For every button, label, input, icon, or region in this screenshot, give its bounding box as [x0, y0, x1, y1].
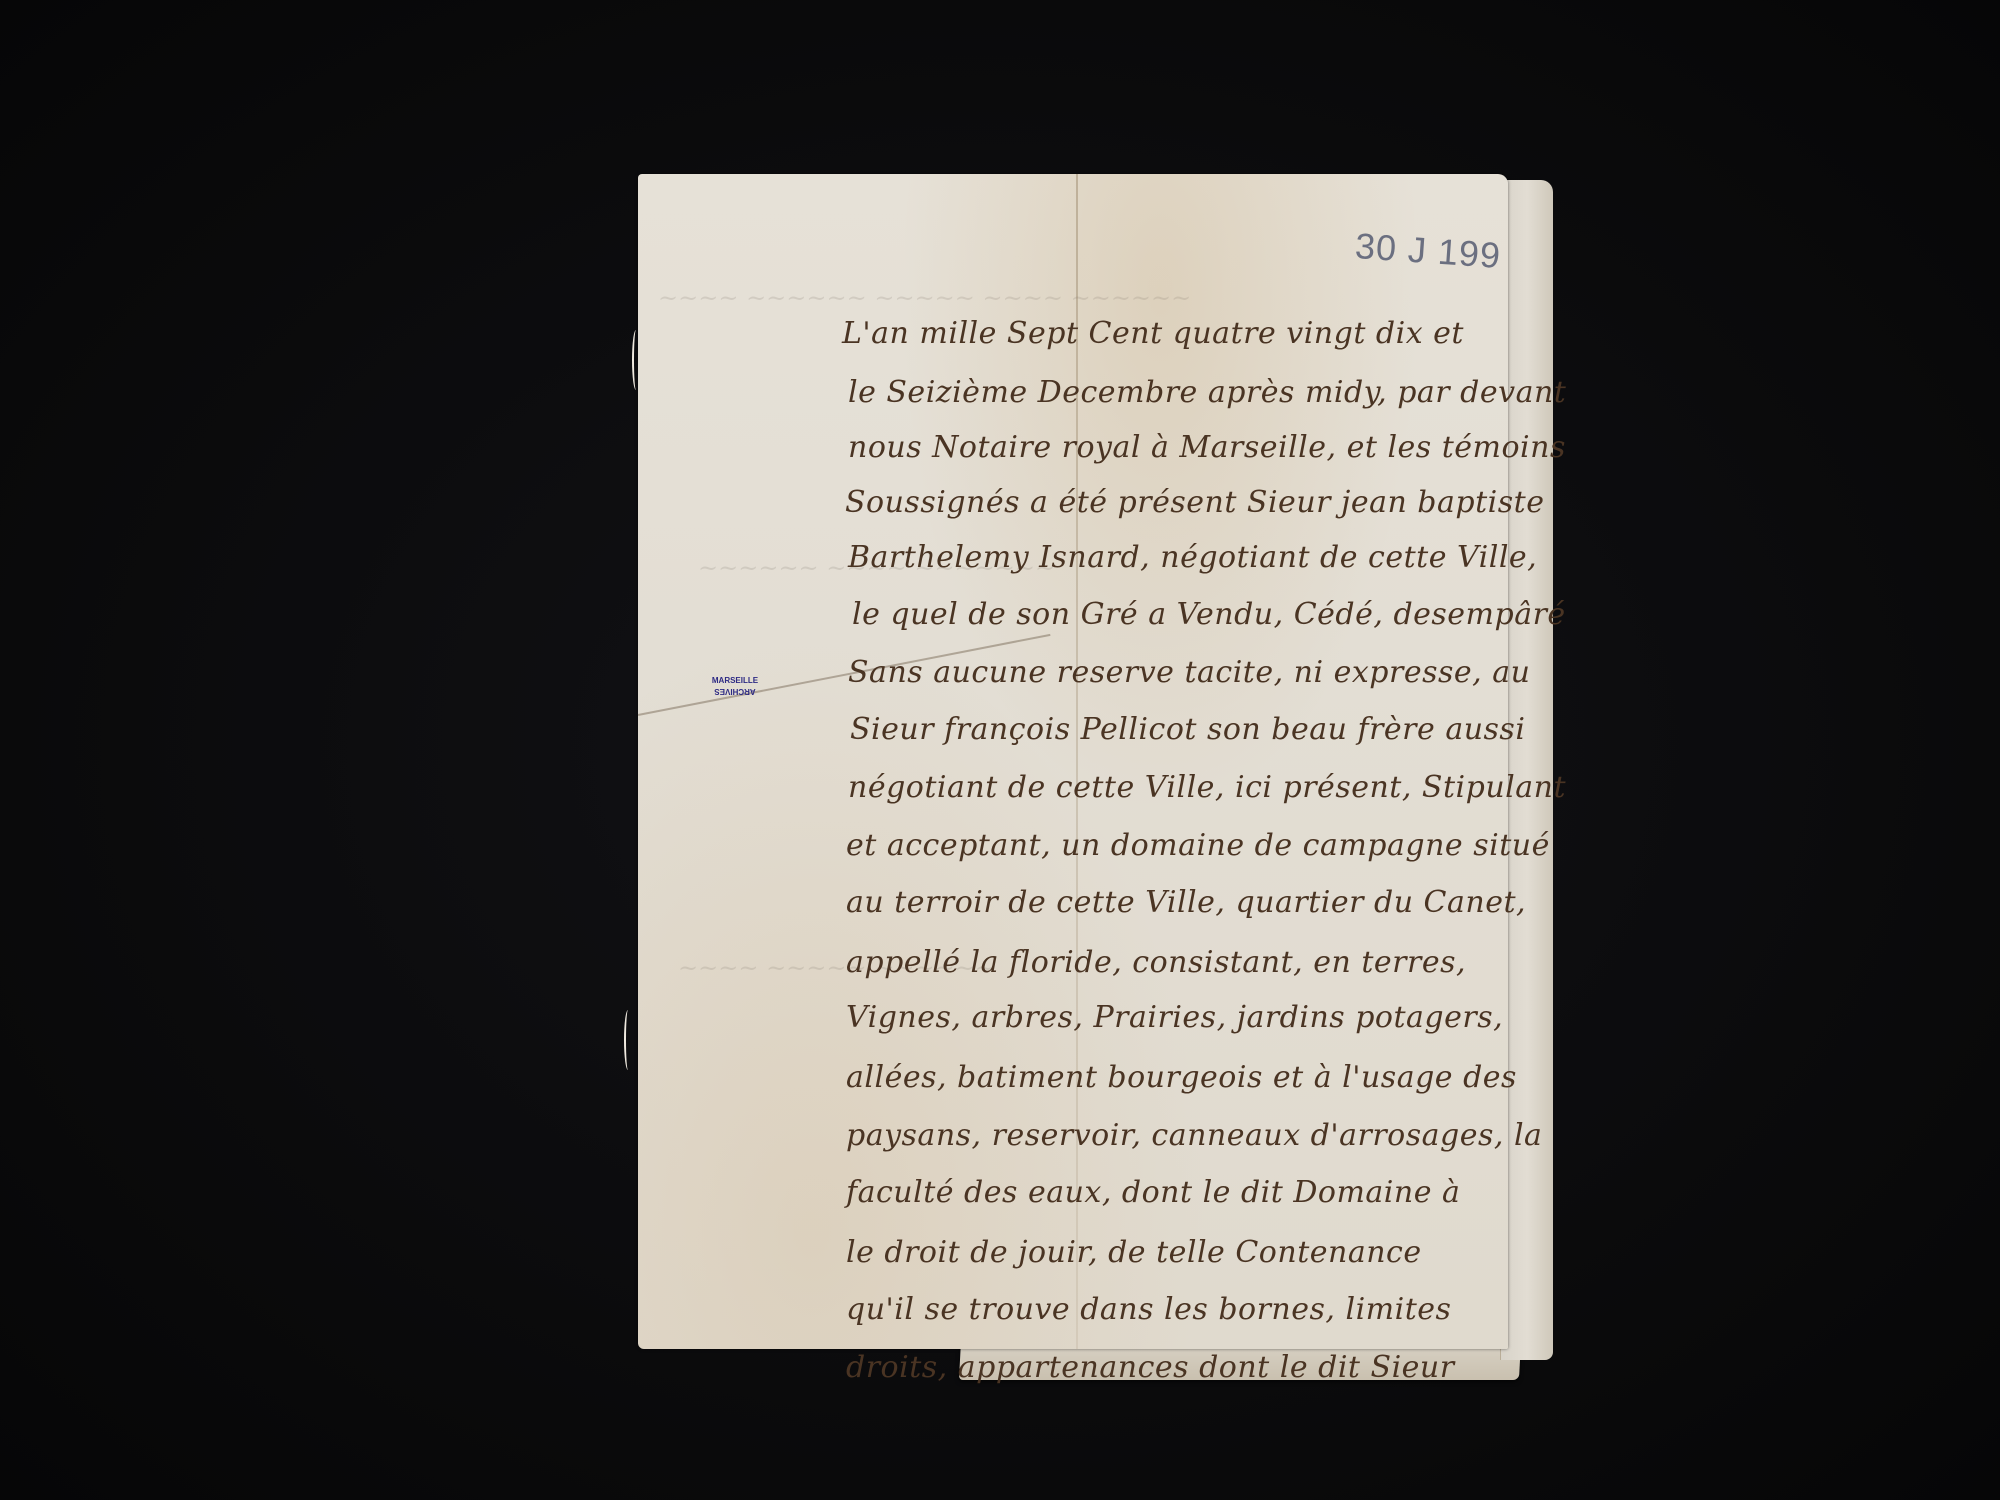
binding-thread — [632, 330, 640, 390]
manuscript-line: paysans, reservoir, canneaux d'arrosages… — [846, 1118, 1542, 1153]
manuscript-line: Soussignés a été présent Sieur jean bapt… — [845, 485, 1544, 520]
archives-stamp: MARSEILLE ARCHIVES — [710, 672, 760, 706]
manuscript-line: qu'il se trouve dans les bornes, limites — [846, 1292, 1451, 1327]
manuscript-line: Vignes, arbres, Prairies, jardins potage… — [846, 1000, 1503, 1035]
manuscript-line: le Seizième Decembre après midy, par dev… — [848, 375, 1566, 410]
stamp-line-1: MARSEILLE — [710, 676, 760, 686]
manuscript-line: faculté des eaux, dont le dit Domaine à — [846, 1175, 1460, 1210]
bleed-through-text: ~~~~ ~~~~~~ ~~~~~ ~~~~ ~~~~~~ — [658, 284, 1191, 312]
manuscript-line: le droit de jouir, de telle Contenance — [846, 1235, 1422, 1270]
photo-background: ~~~~ ~~~~~~ ~~~~~ ~~~~ ~~~~~~ ~~~~~~ ~~~… — [0, 0, 2000, 1500]
manuscript-line: le quel de son Gré a Vendu, Cédé, desemp… — [852, 597, 1566, 632]
stamp-line-2: ARCHIVES — [710, 686, 760, 696]
manuscript-line: L'an mille Sept Cent quatre vingt dix et — [842, 316, 1464, 351]
manuscript-line: Barthelemy Isnard, négotiant de cette Vi… — [848, 540, 1537, 575]
manuscript-line: allées, batiment bourgeois et à l'usage … — [846, 1060, 1517, 1095]
manuscript-line: négotiant de cette Ville, ici présent, S… — [848, 770, 1566, 805]
manuscript-line: appellé la floride, consistant, en terre… — [846, 945, 1466, 980]
manuscript-line: au terroir de cette Ville, quartier du C… — [846, 885, 1526, 920]
manuscript-line: droits, appartenances dont le dit Sieur — [846, 1350, 1455, 1385]
manuscript-line: et acceptant, un domaine de campagne sit… — [846, 828, 1550, 863]
manuscript-line: nous Notaire royal à Marseille, et les t… — [848, 430, 1566, 465]
manuscript-line: Sans aucune reserve tacite, ni expresse,… — [848, 655, 1530, 690]
binding-thread — [624, 1010, 632, 1070]
manuscript-line: Sieur françois Pellicot son beau frère a… — [850, 712, 1525, 747]
